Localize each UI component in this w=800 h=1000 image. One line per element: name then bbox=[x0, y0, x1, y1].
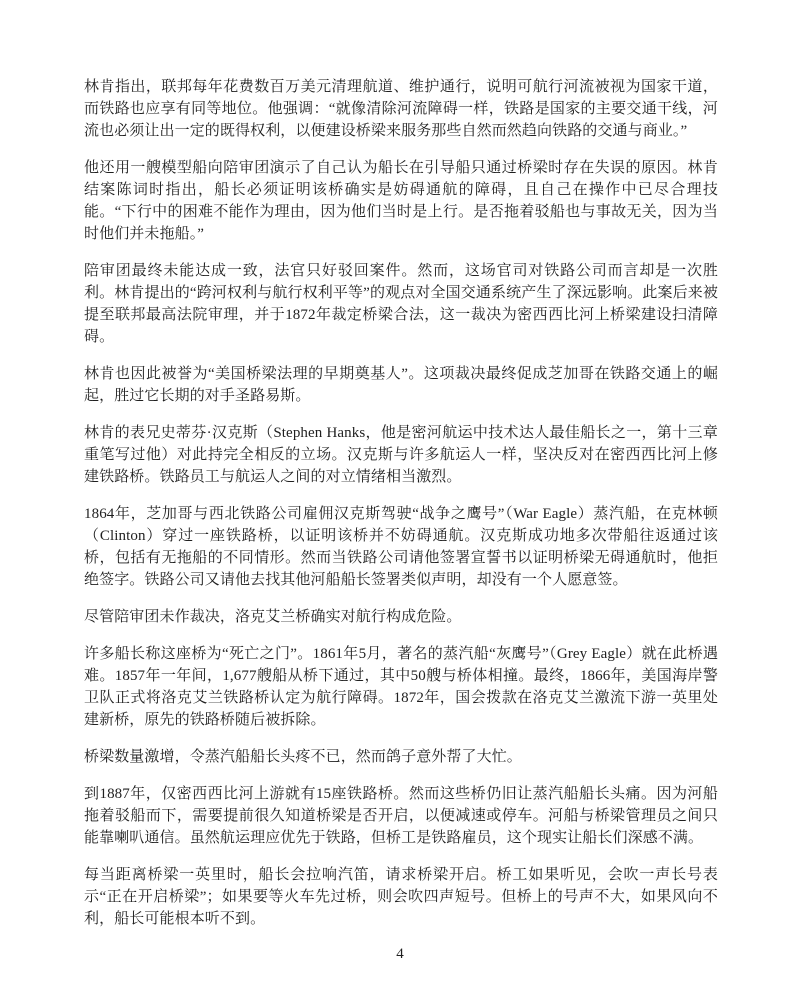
paragraph: 他还用一艘模型船向陪审团演示了自己认为船长在引导船只通过桥梁时存在失误的原因。林… bbox=[84, 157, 718, 245]
paragraph: 林肯也因此被誉为“美国桥梁法理的早期奠基人”。这项裁决最终促成芝加哥在铁路交通上… bbox=[84, 363, 718, 407]
document-page: 林肯指出，联邦每年花费数百万美元清理航道、维护通行，说明可航行河流被视为国家干道… bbox=[0, 0, 800, 1000]
paragraph: 每当距离桥梁一英里时，船长会拉响汽笛，请求桥梁开启。桥工如果听见，会吹一声长号表… bbox=[84, 864, 718, 930]
paragraph: 尽管陪审团未作裁决，洛克艾兰桥确实对航行构成危险。 bbox=[84, 606, 718, 628]
paragraph: 许多船长称这座桥为“死亡之门”。1861年5月，著名的蒸汽船“灰鹰号”（Grey… bbox=[84, 643, 718, 731]
paragraph: 林肯的表兄史蒂芬·汉克斯（Stephen Hanks，他是密河航运中技术达人最佳… bbox=[84, 422, 718, 488]
paragraph: 林肯指出，联邦每年花费数百万美元清理航道、维护通行，说明可航行河流被视为国家干道… bbox=[84, 76, 718, 142]
paragraph: 陪审团最终未能达成一致，法官只好驳回案件。然而，这场官司对铁路公司而言却是一次胜… bbox=[84, 260, 718, 348]
page-content: 林肯指出，联邦每年花费数百万美元清理航道、维护通行，说明可航行河流被视为国家干道… bbox=[84, 76, 718, 945]
paragraph: 桥梁数量激增，令蒸汽船船长头疼不已，然而鸽子意外帮了大忙。 bbox=[84, 746, 718, 768]
paragraph: 到1887年，仅密西西比河上游就有15座铁路桥。然而这些桥仍旧让蒸汽船船长头痛。… bbox=[84, 783, 718, 849]
page-number: 4 bbox=[0, 944, 800, 964]
paragraph: 1864年，芝加哥与西北铁路公司雇佣汉克斯驾驶“战争之鹰号”（War Eagle… bbox=[84, 503, 718, 591]
